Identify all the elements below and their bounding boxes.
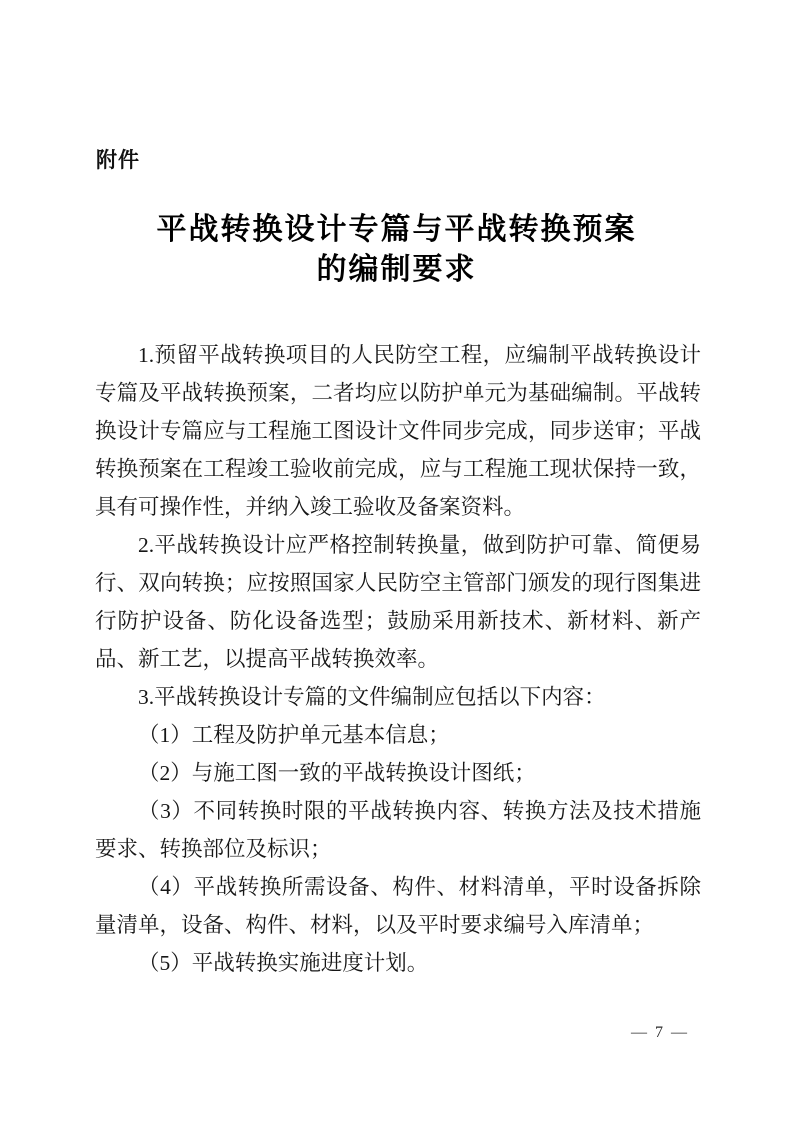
document-title: 平战转换设计专篇与平战转换预案 的编制要求 [0,210,793,290]
list-item-3: （3）不同转换时限的平战转换内容、转换方法及技术措施要求、转换部位及标识； [95,792,701,868]
document-body: 1.预留平战转换项目的人民防空工程，应编制平战转换设计专篇及平战转换预案，二者均… [95,336,701,982]
paragraph-3: 3.平战转换设计专篇的文件编制应包括以下内容： [95,678,701,716]
list-item-5: （5）平战转换实施进度计划。 [95,944,701,982]
list-item-2: （2）与施工图一致的平战转换设计图纸； [95,754,701,792]
list-item-4: （4）平战转换所需设备、构件、材料清单，平时设备拆除量清单，设备、构件、材料，以… [95,868,701,944]
document-page: 附件 平战转换设计专篇与平战转换预案 的编制要求 1.预留平战转换项目的人民防空… [0,0,793,1122]
paragraph-2: 2.平战转换设计应严格控制转换量，做到防护可靠、简便易行、双向转换；应按照国家人… [95,526,701,678]
page-number: — 7 — [0,1024,689,1042]
title-line-2: 的编制要求 [0,250,793,290]
list-item-1: （1）工程及防护单元基本信息； [95,716,701,754]
attachment-label: 附件 [96,144,140,174]
paragraph-1: 1.预留平战转换项目的人民防空工程，应编制平战转换设计专篇及平战转换预案，二者均… [95,336,701,526]
title-line-1: 平战转换设计专篇与平战转换预案 [0,210,793,250]
